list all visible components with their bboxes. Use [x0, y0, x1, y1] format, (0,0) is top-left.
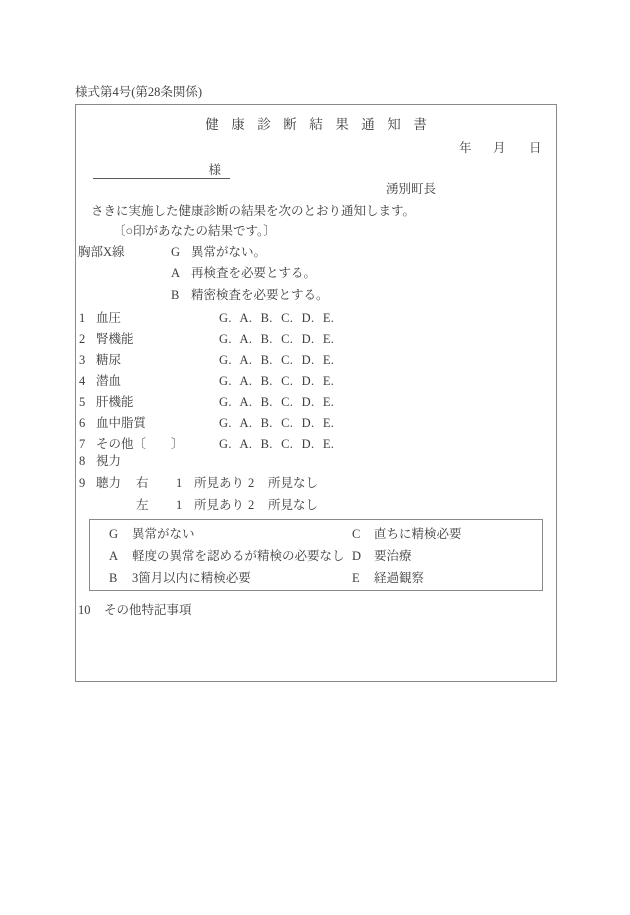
item-number: 6 — [79, 415, 85, 431]
item-number: 5 — [79, 394, 85, 410]
legend-text: 直ちに精検必要 — [374, 526, 462, 542]
recipient-suffix: 様 — [208, 163, 221, 177]
item-label: 潜血 — [96, 373, 121, 389]
item-label: 肝機能 — [96, 394, 134, 410]
chest-xray-option-code: A — [171, 265, 180, 281]
item-grades: G. A. B. C. D. E. — [219, 331, 334, 347]
recipient-name-blank: 様 — [93, 162, 230, 179]
chest-xray-row: 胸部X線 G 異常がない。 — [76, 244, 556, 261]
item-grades: G. A. B. C. D. E. — [219, 373, 334, 389]
hearing-side-label: 右 — [136, 475, 149, 491]
grade-legend-box: G 異常がない C 直ちに精検必要 A 軽度の異常を認めるが精検の必要なし D … — [89, 519, 543, 591]
item-row: 7 その他〔 〕 G. A. B. C. D. E. — [76, 436, 556, 453]
date-year-label: 年 — [459, 140, 472, 156]
chest-xray-option-text: 再検査を必要とする。 — [191, 265, 316, 281]
item-number: 9 — [79, 475, 85, 491]
hearing-option-number: 2 — [248, 475, 254, 491]
hearing-row-left: 左 1 所見あり 2 所見なし — [76, 497, 556, 514]
item-number: 10 — [78, 602, 91, 618]
hearing-option-text: 所見あり — [194, 497, 244, 513]
legend-code: G — [109, 526, 118, 542]
legend-code: D — [352, 548, 361, 564]
hearing-row-right: 9 聴力 右 1 所見あり 2 所見なし — [76, 475, 556, 492]
item-row: 2 腎機能 G. A. B. C. D. E. — [76, 331, 556, 348]
other-notes-row: 10 その他特記事項 — [76, 602, 556, 619]
document-page: 様式第4号(第28条関係) 健康診断結果通知書 年 月 日 様 湧別町長 さきに… — [0, 0, 630, 915]
item-number: 1 — [79, 310, 85, 326]
legend-text: 要治療 — [374, 548, 412, 564]
note-text: 〔○印があなたの結果です。〕 — [113, 223, 593, 240]
hearing-option-number: 1 — [176, 475, 182, 491]
item-grades: G. A. B. C. D. E. — [219, 310, 334, 326]
item-row: 8 視力 — [76, 453, 556, 470]
chest-xray-row: A 再検査を必要とする。 — [76, 265, 556, 282]
item-label: 聴力 — [96, 475, 121, 491]
legend-code: A — [109, 548, 118, 564]
intro-text: さきに実施した健康診断の結果を次のとおり通知します。 — [91, 203, 571, 220]
item-label: 血圧 — [96, 310, 121, 326]
item-number: 4 — [79, 373, 85, 389]
item-number: 7 — [79, 436, 85, 452]
legend-row: B 3箇月以内に精検必要 E 経過観察 — [90, 570, 542, 587]
hearing-option-text: 所見なし — [268, 497, 318, 513]
item-row: 1 血圧 G. A. B. C. D. E. — [76, 310, 556, 327]
legend-row: G 異常がない C 直ちに精検必要 — [90, 526, 542, 543]
date-day-label: 日 — [529, 140, 542, 156]
recipient-line: 様 — [76, 162, 556, 179]
document-title: 健康診断結果通知書 — [76, 117, 556, 133]
chest-xray-option-text: 精密検査を必要とする。 — [191, 287, 329, 303]
chest-xray-option-text: 異常がない。 — [191, 244, 266, 260]
item-grades: G. A. B. C. D. E. — [219, 352, 334, 368]
date-month-label: 月 — [493, 140, 506, 156]
legend-text: 3箇月以内に精検必要 — [132, 570, 251, 586]
legend-code: C — [352, 526, 360, 542]
hearing-side-label: 左 — [136, 497, 149, 513]
item-label: 血中脂質 — [96, 415, 146, 431]
chest-xray-option-code: B — [171, 287, 179, 303]
item-number: 2 — [79, 331, 85, 347]
item-label: 視力 — [96, 453, 121, 469]
item-label: 糖尿 — [96, 352, 121, 368]
item-row: 5 肝機能 G. A. B. C. D. E. — [76, 394, 556, 411]
document-border-box: 健康診断結果通知書 年 月 日 様 湧別町長 さきに実施した健康診断の結果を次の… — [75, 104, 557, 682]
item-label: その他〔 〕 — [96, 436, 184, 452]
legend-row: A 軽度の異常を認めるが精検の必要なし D 要治療 — [90, 548, 542, 565]
legend-code: B — [109, 570, 117, 586]
chest-xray-row: B 精密検査を必要とする。 — [76, 287, 556, 304]
legend-text: 異常がない — [132, 526, 195, 542]
item-row: 3 糖尿 G. A. B. C. D. E. — [76, 352, 556, 369]
item-grades: G. A. B. C. D. E. — [219, 436, 334, 452]
item-row: 4 潜血 G. A. B. C. D. E. — [76, 373, 556, 390]
form-number-label: 様式第4号(第28条関係) — [75, 84, 202, 100]
legend-code: E — [352, 570, 360, 586]
item-label: その他特記事項 — [104, 602, 192, 618]
item-number: 3 — [79, 352, 85, 368]
hearing-option-text: 所見あり — [194, 475, 244, 491]
date-line: 年 月 日 — [76, 140, 556, 157]
item-row: 6 血中脂質 G. A. B. C. D. E. — [76, 415, 556, 432]
chest-xray-label: 胸部X線 — [78, 244, 125, 260]
sender-name: 湧別町長 — [386, 181, 630, 198]
chest-xray-option-code: G — [171, 244, 180, 260]
item-grades: G. A. B. C. D. E. — [219, 394, 334, 410]
item-number: 8 — [79, 453, 85, 469]
legend-text: 軽度の異常を認めるが精検の必要なし — [132, 548, 345, 564]
hearing-option-text: 所見なし — [268, 475, 318, 491]
legend-text: 経過観察 — [374, 570, 424, 586]
item-grades: G. A. B. C. D. E. — [219, 415, 334, 431]
hearing-option-number: 1 — [176, 497, 182, 513]
item-label: 腎機能 — [96, 331, 134, 347]
hearing-option-number: 2 — [248, 497, 254, 513]
